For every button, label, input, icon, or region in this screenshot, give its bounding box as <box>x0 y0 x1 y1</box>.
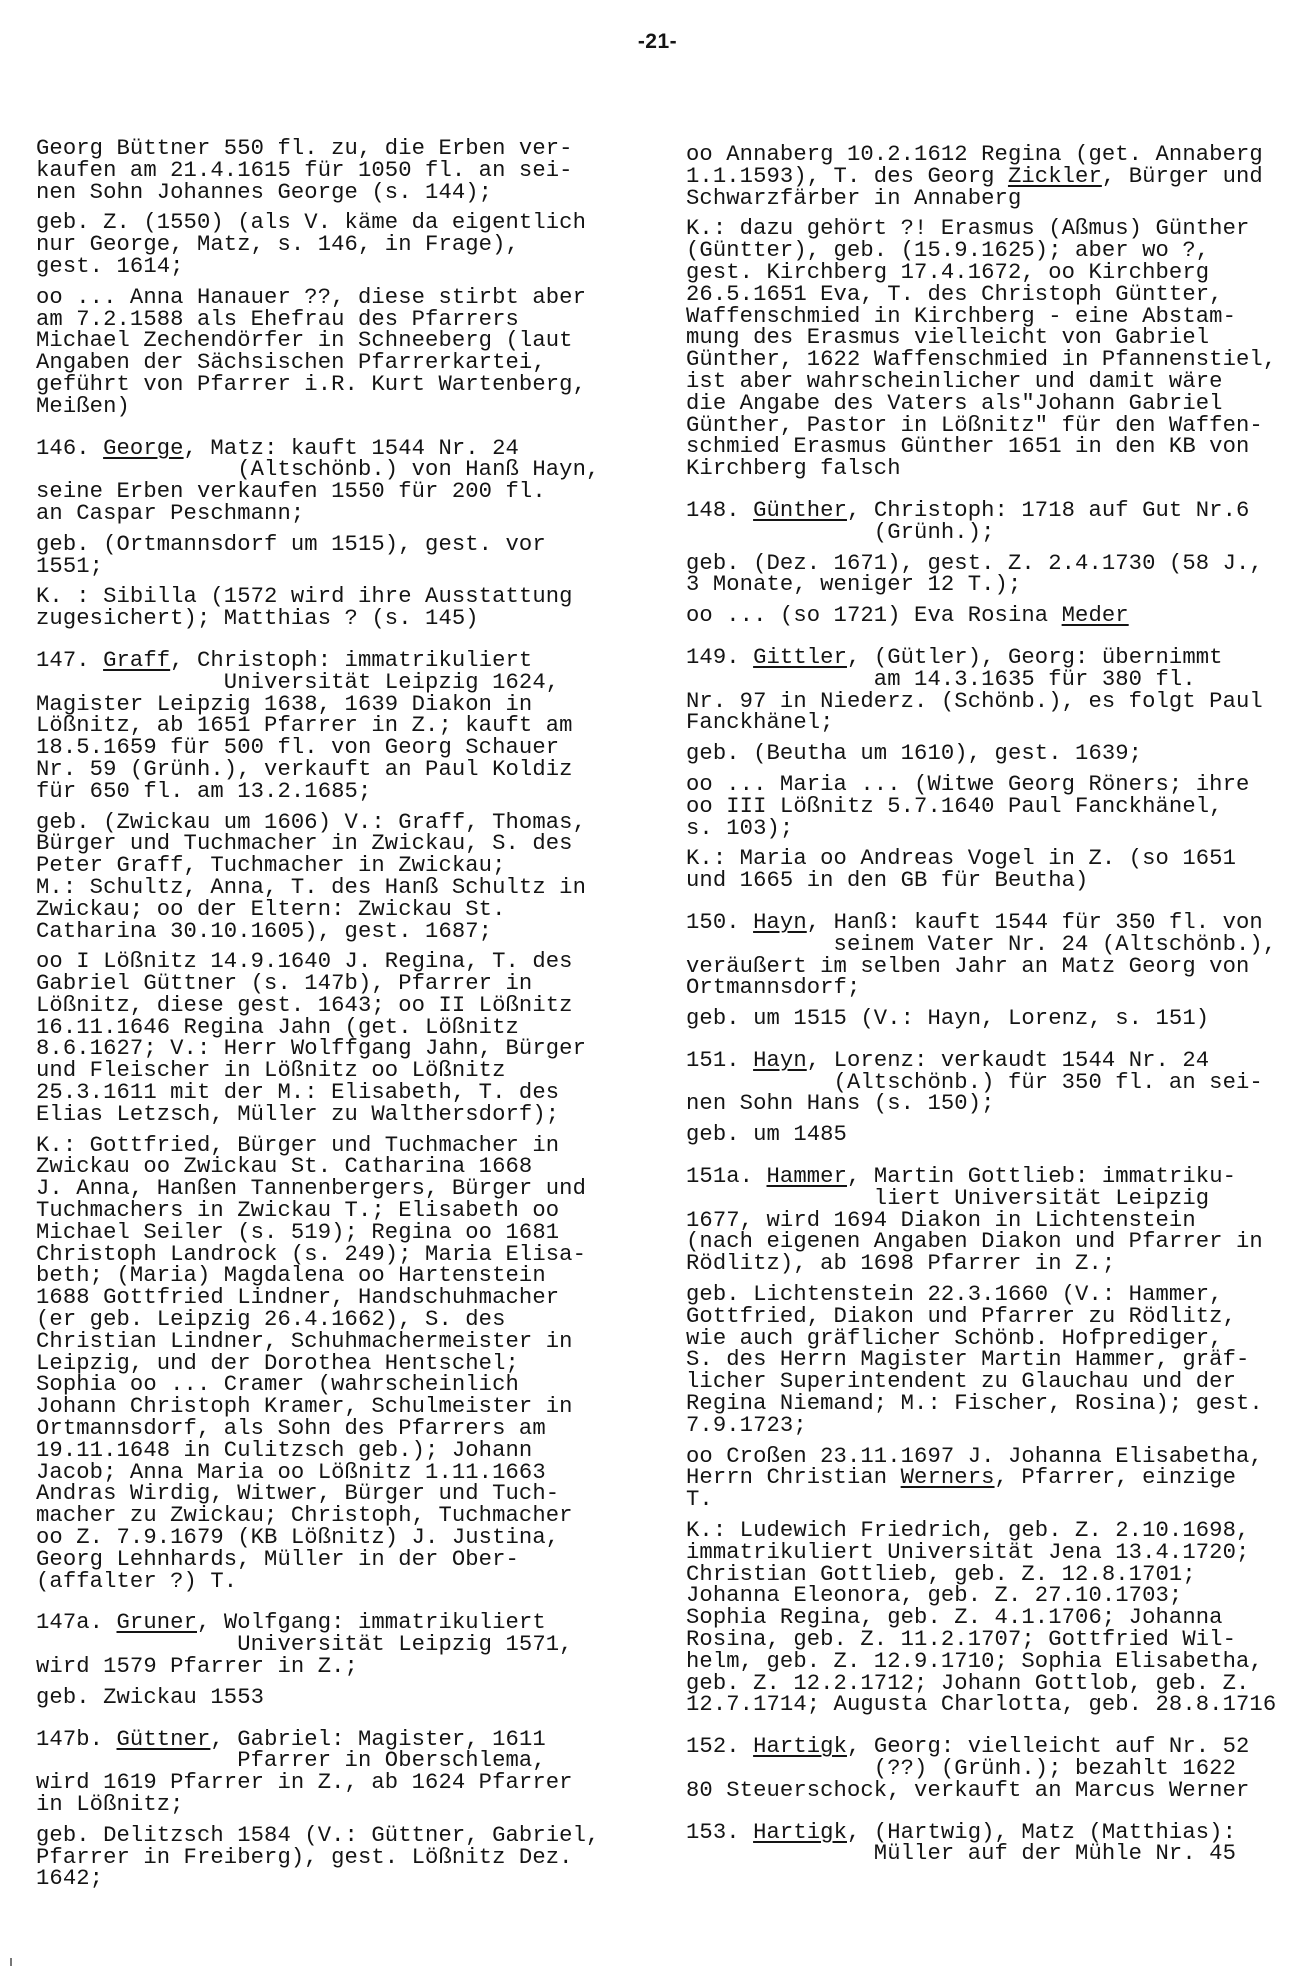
paragraph: K.: dazu gehört ?! Erasmus (Aßmus) Günth… <box>686 218 1306 480</box>
text-line: Zwickau oo Zwickau St. Catharina 1668 <box>36 1156 636 1178</box>
text-line: geb. um 1515 (V.: Hayn, Lorenz, s. 151) <box>686 1008 1306 1030</box>
entry-heading: 148. Günther, Christoph: 1718 auf Gut Nr… <box>686 500 1306 522</box>
text-line: Pfarrer in Freiberg), gest. Lößnitz Dez. <box>36 1847 636 1869</box>
paragraph: (Grünh.); <box>686 522 1306 544</box>
text-line: geb. (Beutha um 1610), gest. 1639; <box>686 743 1306 765</box>
text-line: (Grünh.); <box>686 522 1306 544</box>
text-line: liert Universität Leipzig <box>686 1188 1306 1210</box>
entry-146: 146. George, Matz: kauft 1544 Nr. 24 (Al… <box>36 438 636 630</box>
text-line: ist aber wahrscheinlicher und damit wäre <box>686 371 1306 393</box>
text-line: T. <box>686 1489 1306 1511</box>
text-line: Nr. 97 in Niederz. (Schönb.), es folgt P… <box>686 691 1306 713</box>
paragraph: geb. (Dez. 1671), gest. Z. 2.4.1730 (58 … <box>686 553 1306 597</box>
text-line: wie auch gräflicher Schönb. Hofprediger, <box>686 1328 1306 1350</box>
text-line: die Angabe des Vaters als"Johann Gabriel <box>686 393 1306 415</box>
text-line: Catharina 30.10.1605), gest. 1687; <box>36 921 636 943</box>
text-line: am 7.2.1588 als Ehefrau des Pfarrers <box>36 309 636 331</box>
text-line: licher Superintendent zu Glauchau und de… <box>686 1371 1306 1393</box>
text-line: 1.1.1593), T. des Georg Zickler, Bürger … <box>686 166 1306 188</box>
text-line: Rödlitz), ab 1698 Pfarrer in Z.; <box>686 1253 1306 1275</box>
paragraph: oo ... (so 1721) Eva Rosina Meder <box>686 605 1306 627</box>
text-line: am 14.3.1635 für 380 fl. <box>686 669 1306 691</box>
entry-151: 151. Hayn, Lorenz: verkaudt 1544 Nr. 24 … <box>686 1050 1306 1146</box>
text-line: (affalter ?) T. <box>36 1571 636 1593</box>
text-line: 12.7.1714; Augusta Charlotta, geb. 28.8.… <box>686 1694 1306 1716</box>
text-line: Günther, Pastor in Lößnitz" für den Waff… <box>686 415 1306 437</box>
text-line: Angaben der Sächsischen Pfarrerkartei, <box>36 352 636 374</box>
paragraph: Georg Büttner 550 fl. zu, die Erben ver-… <box>36 138 636 203</box>
text-line: J. Anna, Hanßen Tannenbergers, Bürger un… <box>36 1178 636 1200</box>
text-line: 1551; <box>36 556 636 578</box>
paragraph: K.: Maria oo Andreas Vogel in Z. (so 165… <box>686 848 1306 892</box>
entry-heading: 152. Hartigk, Georg: vielleicht auf Nr. … <box>686 1736 1306 1758</box>
text-line: 1642; <box>36 1868 636 1890</box>
text-line: geb. (Dez. 1671), gest. Z. 2.4.1730 (58 … <box>686 553 1306 575</box>
text-line: Magister Leipzig 1638, 1639 Diakon in <box>36 694 636 716</box>
entry-151a: 151a. Hammer, Martin Gottlieb: immatriku… <box>686 1166 1306 1716</box>
text-line: Johanna Eleonora, geb. Z. 27.10.1703; <box>686 1585 1306 1607</box>
text-line: zugesichert); Matthias ? (s. 145) <box>36 608 636 630</box>
paragraph: oo ... Anna Hanauer ??, diese stirbt abe… <box>36 287 636 418</box>
text-line: oo ... (so 1721) Eva Rosina Meder <box>686 605 1306 627</box>
text-line: 19.11.1648 in Culitzsch geb.); Johann <box>36 1440 636 1462</box>
entry-heading: 151a. Hammer, Martin Gottlieb: immatriku… <box>686 1166 1306 1188</box>
text-line: nen Sohn Hans (s. 150); <box>686 1093 1306 1115</box>
text-line: (??) (Grünh.); bezahlt 1622 <box>686 1758 1306 1780</box>
paragraph: oo ... Maria ... (Witwe Georg Röners; ih… <box>686 774 1306 839</box>
text-line: Tuchmachers in Zwickau T.; Elisabeth oo <box>36 1200 636 1222</box>
text-line: geb. Lichtenstein 22.3.1660 (V.: Hammer, <box>686 1284 1306 1306</box>
text-line: geführt von Pfarrer i.R. Kurt Wartenberg… <box>36 374 636 396</box>
text-line: geb. Z. 12.2.1712; Johann Gottlob, geb. … <box>686 1673 1306 1695</box>
text-line: oo Croßen 23.11.1697 J. Johanna Elisabet… <box>686 1446 1306 1468</box>
paragraph: geb. (Zwickau um 1606) V.: Graff, Thomas… <box>36 812 636 943</box>
text-line: S. des Herrn Magister Martin Hammer, grä… <box>686 1349 1306 1371</box>
text-line: Gabriel Güttner (s. 147b), Pfarrer in <box>36 973 636 995</box>
entry-heading: 147a. Gruner, Wolfgang: immatrikuliert <box>36 1612 636 1634</box>
text-line: 18.5.1659 für 500 fl. von Georg Schauer <box>36 737 636 759</box>
text-line: oo Annaberg 10.2.1612 Regina (get. Annab… <box>686 144 1306 166</box>
underlined-name: Zickler <box>1008 164 1102 189</box>
paragraph: geb. Lichtenstein 22.3.1660 (V.: Hammer,… <box>686 1284 1306 1437</box>
text-line: beth; (Maria) Magdalena oo Hartenstein <box>36 1265 636 1287</box>
text-line: Lößnitz, diese gest. 1643; oo II Lößnitz <box>36 995 636 1017</box>
text-line: seine Erben verkaufen 1550 für 200 fl. <box>36 481 636 503</box>
text-line: K.: Gottfried, Bürger und Tuchmacher in <box>36 1135 636 1157</box>
text-line: Elias Letzsch, Müller zu Walthersdorf); <box>36 1104 636 1126</box>
text-line: Schwarzfärber in Annaberg <box>686 188 1306 210</box>
entry-heading: 150. Hayn, Hanß: kauft 1544 für 350 fl. … <box>686 912 1306 934</box>
paragraph: geb. (Ortmannsdorf um 1515), gest. vor15… <box>36 534 636 578</box>
text-line: kaufen am 21.4.1615 für 1050 fl. an sei- <box>36 160 636 182</box>
text-line: Bürger und Tuchmacher in Zwickau, S. des <box>36 833 636 855</box>
text-line: oo ... Maria ... (Witwe Georg Röners; ih… <box>686 774 1306 796</box>
text-line: Waffenschmied in Kirchberg - eine Abstam… <box>686 306 1306 328</box>
text-line: Kirchberg falsch <box>686 458 1306 480</box>
paragraph: Universität Leipzig 1624,Magister Leipzi… <box>36 672 636 803</box>
paragraph: (Altschönb.) für 350 fl. an sei-nen Sohn… <box>686 1072 1306 1116</box>
text-line: immatrikuliert Universität Jena 13.4.172… <box>686 1542 1306 1564</box>
entry-heading: 153. Hartigk, (Hartwig), Matz (Matthias)… <box>686 1822 1306 1844</box>
paragraph: Universität Leipzig 1571,wird 1579 Pfarr… <box>36 1634 636 1678</box>
text-line: 8.6.1627; V.: Herr Wolffgang Jahn, Bürge… <box>36 1038 636 1060</box>
entry-148: 148. Günther, Christoph: 1718 auf Gut Nr… <box>686 500 1306 627</box>
text-line: für 650 fl. am 13.2.1685; <box>36 781 636 803</box>
text-line: Leipzig, und der Dorothea Hentschel; <box>36 1353 636 1375</box>
text-line: 7.9.1723; <box>686 1415 1306 1437</box>
text-line: M.: Schultz, Anna, T. des Hanß Schultz i… <box>36 877 636 899</box>
page-number: -21- <box>0 30 1315 54</box>
entry-cont-147b: oo Annaberg 10.2.1612 Regina (get. Annab… <box>686 144 1306 480</box>
paragraph: Pfarrer in Oberschlema,wird 1619 Pfarrer… <box>36 1750 636 1815</box>
text-line: 25.3.1611 mit der M.: Elisabeth, T. des <box>36 1082 636 1104</box>
text-line: Johann Christoph Kramer, Schulmeister in <box>36 1396 636 1418</box>
text-line: wird 1619 Pfarrer in Z., ab 1624 Pfarrer <box>36 1772 636 1794</box>
text-line: macher zu Zwickau; Christoph, Tuchmacher <box>36 1505 636 1527</box>
paragraph: geb. Zwickau 1553 <box>36 1687 636 1709</box>
text-line: K.: Maria oo Andreas Vogel in Z. (so 165… <box>686 848 1306 870</box>
paragraph: geb. Z. (1550) (als V. käme da eigentlic… <box>36 212 636 277</box>
entry-cont-145: Georg Büttner 550 fl. zu, die Erben ver-… <box>36 138 636 418</box>
text-line: Herrn Christian Werners, Pfarrer, einzig… <box>686 1467 1306 1489</box>
entry-147a: 147a. Gruner, Wolfgang: immatrikuliert U… <box>36 1612 636 1708</box>
paragraph: geb. um 1515 (V.: Hayn, Lorenz, s. 151) <box>686 1008 1306 1030</box>
paragraph: geb. Delitzsch 1584 (V.: Güttner, Gabrie… <box>36 1825 636 1890</box>
text-line: Peter Graff, Tuchmacher in Zwickau; <box>36 855 636 877</box>
underlined-name: Meder <box>1062 603 1129 628</box>
text-line: an Caspar Peschmann; <box>36 503 636 525</box>
text-line: K. : Sibilla (1572 wird ihre Ausstattung <box>36 586 636 608</box>
text-line: Ortmannsdorf; <box>686 977 1306 999</box>
text-line: (Altschönb.) von Hanß Hayn, <box>36 459 636 481</box>
text-line: geb. (Zwickau um 1606) V.: Graff, Thomas… <box>36 812 636 834</box>
text-line: geb. Zwickau 1553 <box>36 1687 636 1709</box>
text-line: Rosina, geb. Z. 11.2.1707; Gottfried Wil… <box>686 1629 1306 1651</box>
paragraph: (Altschönb.) von Hanß Hayn,seine Erben v… <box>36 459 636 524</box>
text-line: geb. Delitzsch 1584 (V.: Güttner, Gabrie… <box>36 1825 636 1847</box>
text-line: (Altschönb.) für 350 fl. an sei- <box>686 1072 1306 1094</box>
text-line: Christoph Landrock (s. 249); Maria Elisa… <box>36 1244 636 1266</box>
text-line: s. 103); <box>686 818 1306 840</box>
entry-149: 149. Gittler, (Gütler), Georg: übernimmt… <box>686 647 1306 892</box>
text-line: geb. um 1485 <box>686 1124 1306 1146</box>
text-line: mung des Erasmus vielleicht von Gabriel <box>686 327 1306 349</box>
text-line: Georg Lehnhards, Müller in der Ober- <box>36 1549 636 1571</box>
text-line: helm, geb. Z. 12.9.1710; Sophia Elisabet… <box>686 1651 1306 1673</box>
text-line: und 1665 in den GB für Beutha) <box>686 870 1306 892</box>
left-column: Georg Büttner 550 fl. zu, die Erben ver-… <box>36 138 636 1910</box>
paragraph: oo Annaberg 10.2.1612 Regina (get. Annab… <box>686 144 1306 209</box>
paragraph: oo Croßen 23.11.1697 J. Johanna Elisabet… <box>686 1446 1306 1511</box>
text-line: und Fleischer in Lößnitz oo Lößnitz <box>36 1060 636 1082</box>
text-line: schmied Erasmus Günther 1651 in den KB v… <box>686 436 1306 458</box>
text-line: geb. (Ortmannsdorf um 1515), gest. vor <box>36 534 636 556</box>
text-line: Pfarrer in Oberschlema, <box>36 1750 636 1772</box>
text-line: Meißen) <box>36 396 636 418</box>
text-line: 1688 Gottfried Lindner, Handschuhmacher <box>36 1287 636 1309</box>
entry-heading: 151. Hayn, Lorenz: verkaudt 1544 Nr. 24 <box>686 1050 1306 1072</box>
entry-heading: 147b. Güttner, Gabriel: Magister, 1611 <box>36 1729 636 1751</box>
text-line: Gottfried, Diakon und Pfarrer zu Rödlitz… <box>686 1306 1306 1328</box>
text-line: Regina Niemand; M.: Fischer, Rosina); ge… <box>686 1393 1306 1415</box>
entry-147b: 147b. Güttner, Gabriel: Magister, 1611 P… <box>36 1729 636 1891</box>
paragraph: K.: Gottfried, Bürger und Tuchmacher inZ… <box>36 1135 636 1593</box>
paragraph: geb. (Beutha um 1610), gest. 1639; <box>686 743 1306 765</box>
text-line: (er geb. Leipzig 26.4.1662), S. des <box>36 1309 636 1331</box>
text-line: Universität Leipzig 1624, <box>36 672 636 694</box>
text-line: veräußert im selben Jahr an Matz Georg v… <box>686 956 1306 978</box>
text-line: 3 Monate, weniger 12 T.); <box>686 574 1306 596</box>
text-line: 1677, wird 1694 Diakon in Lichtenstein <box>686 1210 1306 1232</box>
text-line: 26.5.1651 Eva, T. des Christoph Güntter, <box>686 284 1306 306</box>
text-line: Ortmannsdorf, als Sohn des Pfarrers am <box>36 1418 636 1440</box>
text-line: gest. Kirchberg 17.4.1672, oo Kirchberg <box>686 262 1306 284</box>
text-line: geb. Z. (1550) (als V. käme da eigentlic… <box>36 212 636 234</box>
text-line: oo III Lößnitz 5.7.1640 Paul Fanckhänel, <box>686 796 1306 818</box>
text-line: in Lößnitz; <box>36 1794 636 1816</box>
text-line: 80 Steuerschock, verkauft an Marcus Wern… <box>686 1780 1306 1802</box>
margin-mark <box>10 1958 12 1966</box>
paragraph: liert Universität Leipzig1677, wird 1694… <box>686 1188 1306 1275</box>
right-column: oo Annaberg 10.2.1612 Regina (get. Annab… <box>686 144 1306 1885</box>
text-line: Lößnitz, ab 1651 Pfarrer in Z.; kauft am <box>36 715 636 737</box>
paragraph: oo I Lößnitz 14.9.1640 J. Regina, T. des… <box>36 951 636 1125</box>
text-line: Müller auf der Mühle Nr. 45 <box>686 1843 1306 1865</box>
text-line: Zwickau; oo der Eltern: Zwickau St. <box>36 899 636 921</box>
text-line: Michael Seiler (s. 519); Regina oo 1681 <box>36 1222 636 1244</box>
text-line: Michael Zechendörfer in Schneeberg (laut <box>36 330 636 352</box>
entry-147: 147. Graff, Christoph: immatrikuliert Un… <box>36 650 636 1592</box>
paragraph: geb. um 1485 <box>686 1124 1306 1146</box>
text-line: oo I Lößnitz 14.9.1640 J. Regina, T. des <box>36 951 636 973</box>
paragraph: seinem Vater Nr. 24 (Altschönb.),veräuße… <box>686 934 1306 999</box>
paragraph: am 14.3.1635 für 380 fl.Nr. 97 in Nieder… <box>686 669 1306 734</box>
text-line: K.: dazu gehört ?! Erasmus (Aßmus) Günth… <box>686 218 1306 240</box>
text-line: gest. 1614; <box>36 256 636 278</box>
text-line: nur George, Matz, s. 146, in Frage), <box>36 234 636 256</box>
text-line: Christian Lindner, Schuhmachermeister in <box>36 1331 636 1353</box>
entry-heading: 147. Graff, Christoph: immatrikuliert <box>36 650 636 672</box>
entry-153: 153. Hartigk, (Hartwig), Matz (Matthias)… <box>686 1822 1306 1866</box>
underlined-name: Werners <box>901 1465 995 1490</box>
text-line: oo ... Anna Hanauer ??, diese stirbt abe… <box>36 287 636 309</box>
text-line: Günther, 1622 Waffenschmied in Pfannenst… <box>686 349 1306 371</box>
paragraph: (??) (Grünh.); bezahlt 162280 Steuerscho… <box>686 1758 1306 1802</box>
entry-heading: 146. George, Matz: kauft 1544 Nr. 24 <box>36 438 636 460</box>
text-line: Georg Büttner 550 fl. zu, die Erben ver- <box>36 138 636 160</box>
text-line: Universität Leipzig 1571, <box>36 1634 636 1656</box>
text-line: Christian Gottlieb, geb. Z. 12.8.1701; <box>686 1564 1306 1586</box>
paragraph: K. : Sibilla (1572 wird ihre Ausstattung… <box>36 586 636 630</box>
text-line: Jacob; Anna Maria oo Lößnitz 1.11.1663 <box>36 1462 636 1484</box>
text-line: 16.11.1646 Regina Jahn (get. Lößnitz <box>36 1017 636 1039</box>
text-line: K.: Ludewich Friedrich, geb. Z. 2.10.169… <box>686 1520 1306 1542</box>
text-line: Fanckhänel; <box>686 712 1306 734</box>
text-line: Sophia oo ... Cramer (wahrscheinlich <box>36 1374 636 1396</box>
text-line: Nr. 59 (Grünh.), verkauft an Paul Koldiz <box>36 759 636 781</box>
entry-heading: 149. Gittler, (Gütler), Georg: übernimmt <box>686 647 1306 669</box>
text-line: wird 1579 Pfarrer in Z.; <box>36 1656 636 1678</box>
text-line: oo Z. 7.9.1679 (KB Lößnitz) J. Justina, <box>36 1527 636 1549</box>
text-line: nen Sohn Johannes George (s. 144); <box>36 182 636 204</box>
text-line: Andras Wirdig, Witwer, Bürger und Tuch- <box>36 1483 636 1505</box>
text-line: (Güntter), geb. (15.9.1625); aber wo ?, <box>686 240 1306 262</box>
text-line: Sophia Regina, geb. Z. 4.1.1706; Johanna <box>686 1607 1306 1629</box>
text-line: (nach eigenen Angaben Diakon und Pfarrer… <box>686 1231 1306 1253</box>
paragraph: K.: Ludewich Friedrich, geb. Z. 2.10.169… <box>686 1520 1306 1716</box>
paragraph: Müller auf der Mühle Nr. 45 <box>686 1843 1306 1865</box>
text-line: seinem Vater Nr. 24 (Altschönb.), <box>686 934 1306 956</box>
entry-150: 150. Hayn, Hanß: kauft 1544 für 350 fl. … <box>686 912 1306 1030</box>
entry-152: 152. Hartigk, Georg: vielleicht auf Nr. … <box>686 1736 1306 1801</box>
